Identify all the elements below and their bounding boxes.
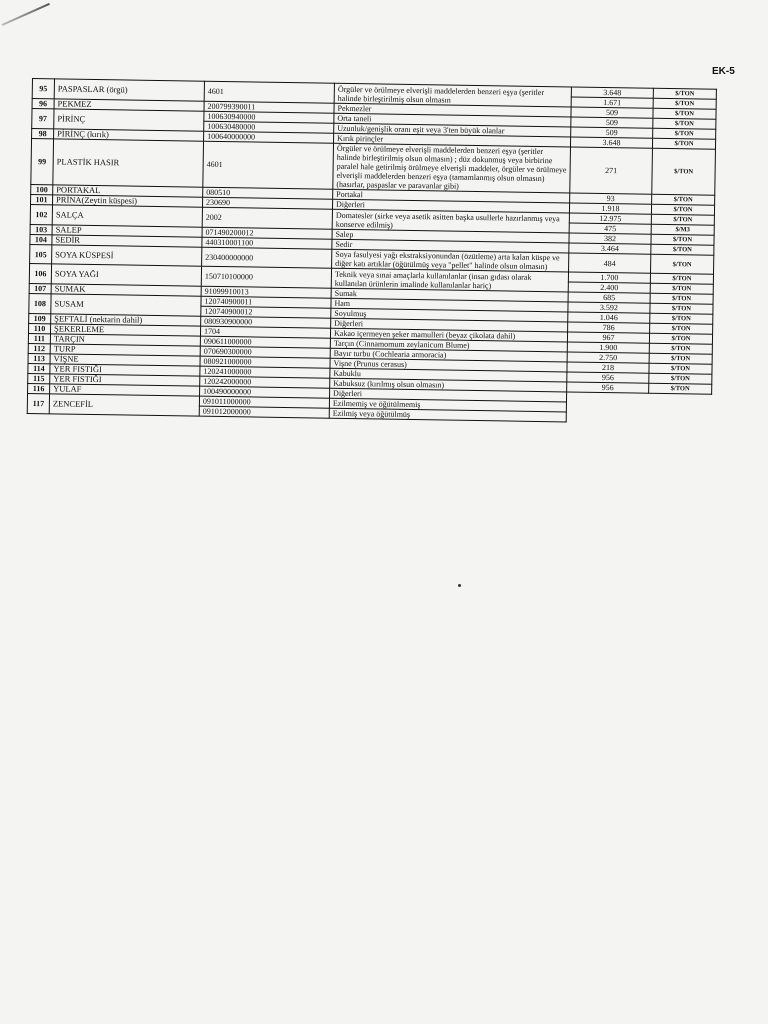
unit: $/TON (652, 148, 716, 195)
table-row: 95PASPASLAR (örgü)4601Örgüler ve örülmey… (32, 79, 716, 100)
row-number: 99 (31, 139, 54, 185)
value: 271 (570, 147, 653, 194)
row-number: 106 (29, 263, 51, 283)
product-name: PİRİNÇ (54, 109, 204, 131)
scan-artifact-dot (458, 584, 461, 587)
tariff-code: 091012000000 (199, 406, 329, 418)
scan-artifact-line (2, 3, 50, 26)
row-number: 117 (27, 393, 49, 413)
row-number: 109 (29, 313, 51, 323)
row-number: 115 (28, 373, 50, 383)
product-name: ZENCEFİL (49, 394, 199, 416)
description: Örgüler ve örülmeye elverişli maddelerde… (333, 143, 571, 193)
row-number: 105 (30, 244, 52, 263)
row-number: 114 (28, 363, 50, 373)
tariff-code: 150710100000 (201, 266, 331, 288)
row-number: 110 (28, 323, 50, 333)
row-number: 107 (29, 283, 51, 293)
row-number: 100 (31, 184, 53, 194)
tariff-code: 230400000000 (202, 247, 332, 268)
product-name: PASPASLAR (örgü) (54, 79, 204, 101)
tariff-code: 2002 (202, 207, 332, 229)
unit: $/TON (649, 383, 712, 394)
product-name: PLASTİK HASIR (53, 139, 204, 187)
product-name: SOYA YAĞI (51, 264, 201, 286)
product-name: SOYA KÜSPESİ (52, 245, 202, 266)
row-number: 98 (32, 129, 54, 139)
product-table-body: 95PASPASLAR (örgü)4601Örgüler ve örülmey… (27, 79, 716, 425)
tariff-code: 4601 (204, 81, 334, 103)
row-number: 97 (32, 109, 54, 129)
tariff-code: 4601 (203, 141, 334, 189)
page-label: EK-5 (712, 66, 735, 77)
row-number: 116 (28, 383, 50, 393)
row-number: 102 (30, 204, 52, 224)
product-table: 95PASPASLAR (örgü)4601Örgüler ve örülmey… (27, 78, 717, 425)
value: 484 (569, 253, 651, 273)
row-number: 111 (28, 333, 50, 343)
row-number: 103 (30, 224, 52, 234)
product-name: SALÇA (52, 205, 202, 227)
document-page: 95PASPASLAR (örgü)4601Örgüler ve örülmey… (27, 78, 716, 425)
row-number: 112 (28, 343, 50, 353)
row-number: 95 (32, 79, 54, 99)
value: 956 (567, 382, 649, 393)
unit: $/TON (651, 254, 714, 274)
product-name: SUSAM (51, 294, 201, 316)
row-number: 113 (28, 353, 50, 363)
row-number: 96 (32, 99, 54, 109)
row-number: 101 (31, 194, 53, 204)
row-number: 108 (29, 293, 51, 313)
row-number: 104 (30, 234, 52, 244)
